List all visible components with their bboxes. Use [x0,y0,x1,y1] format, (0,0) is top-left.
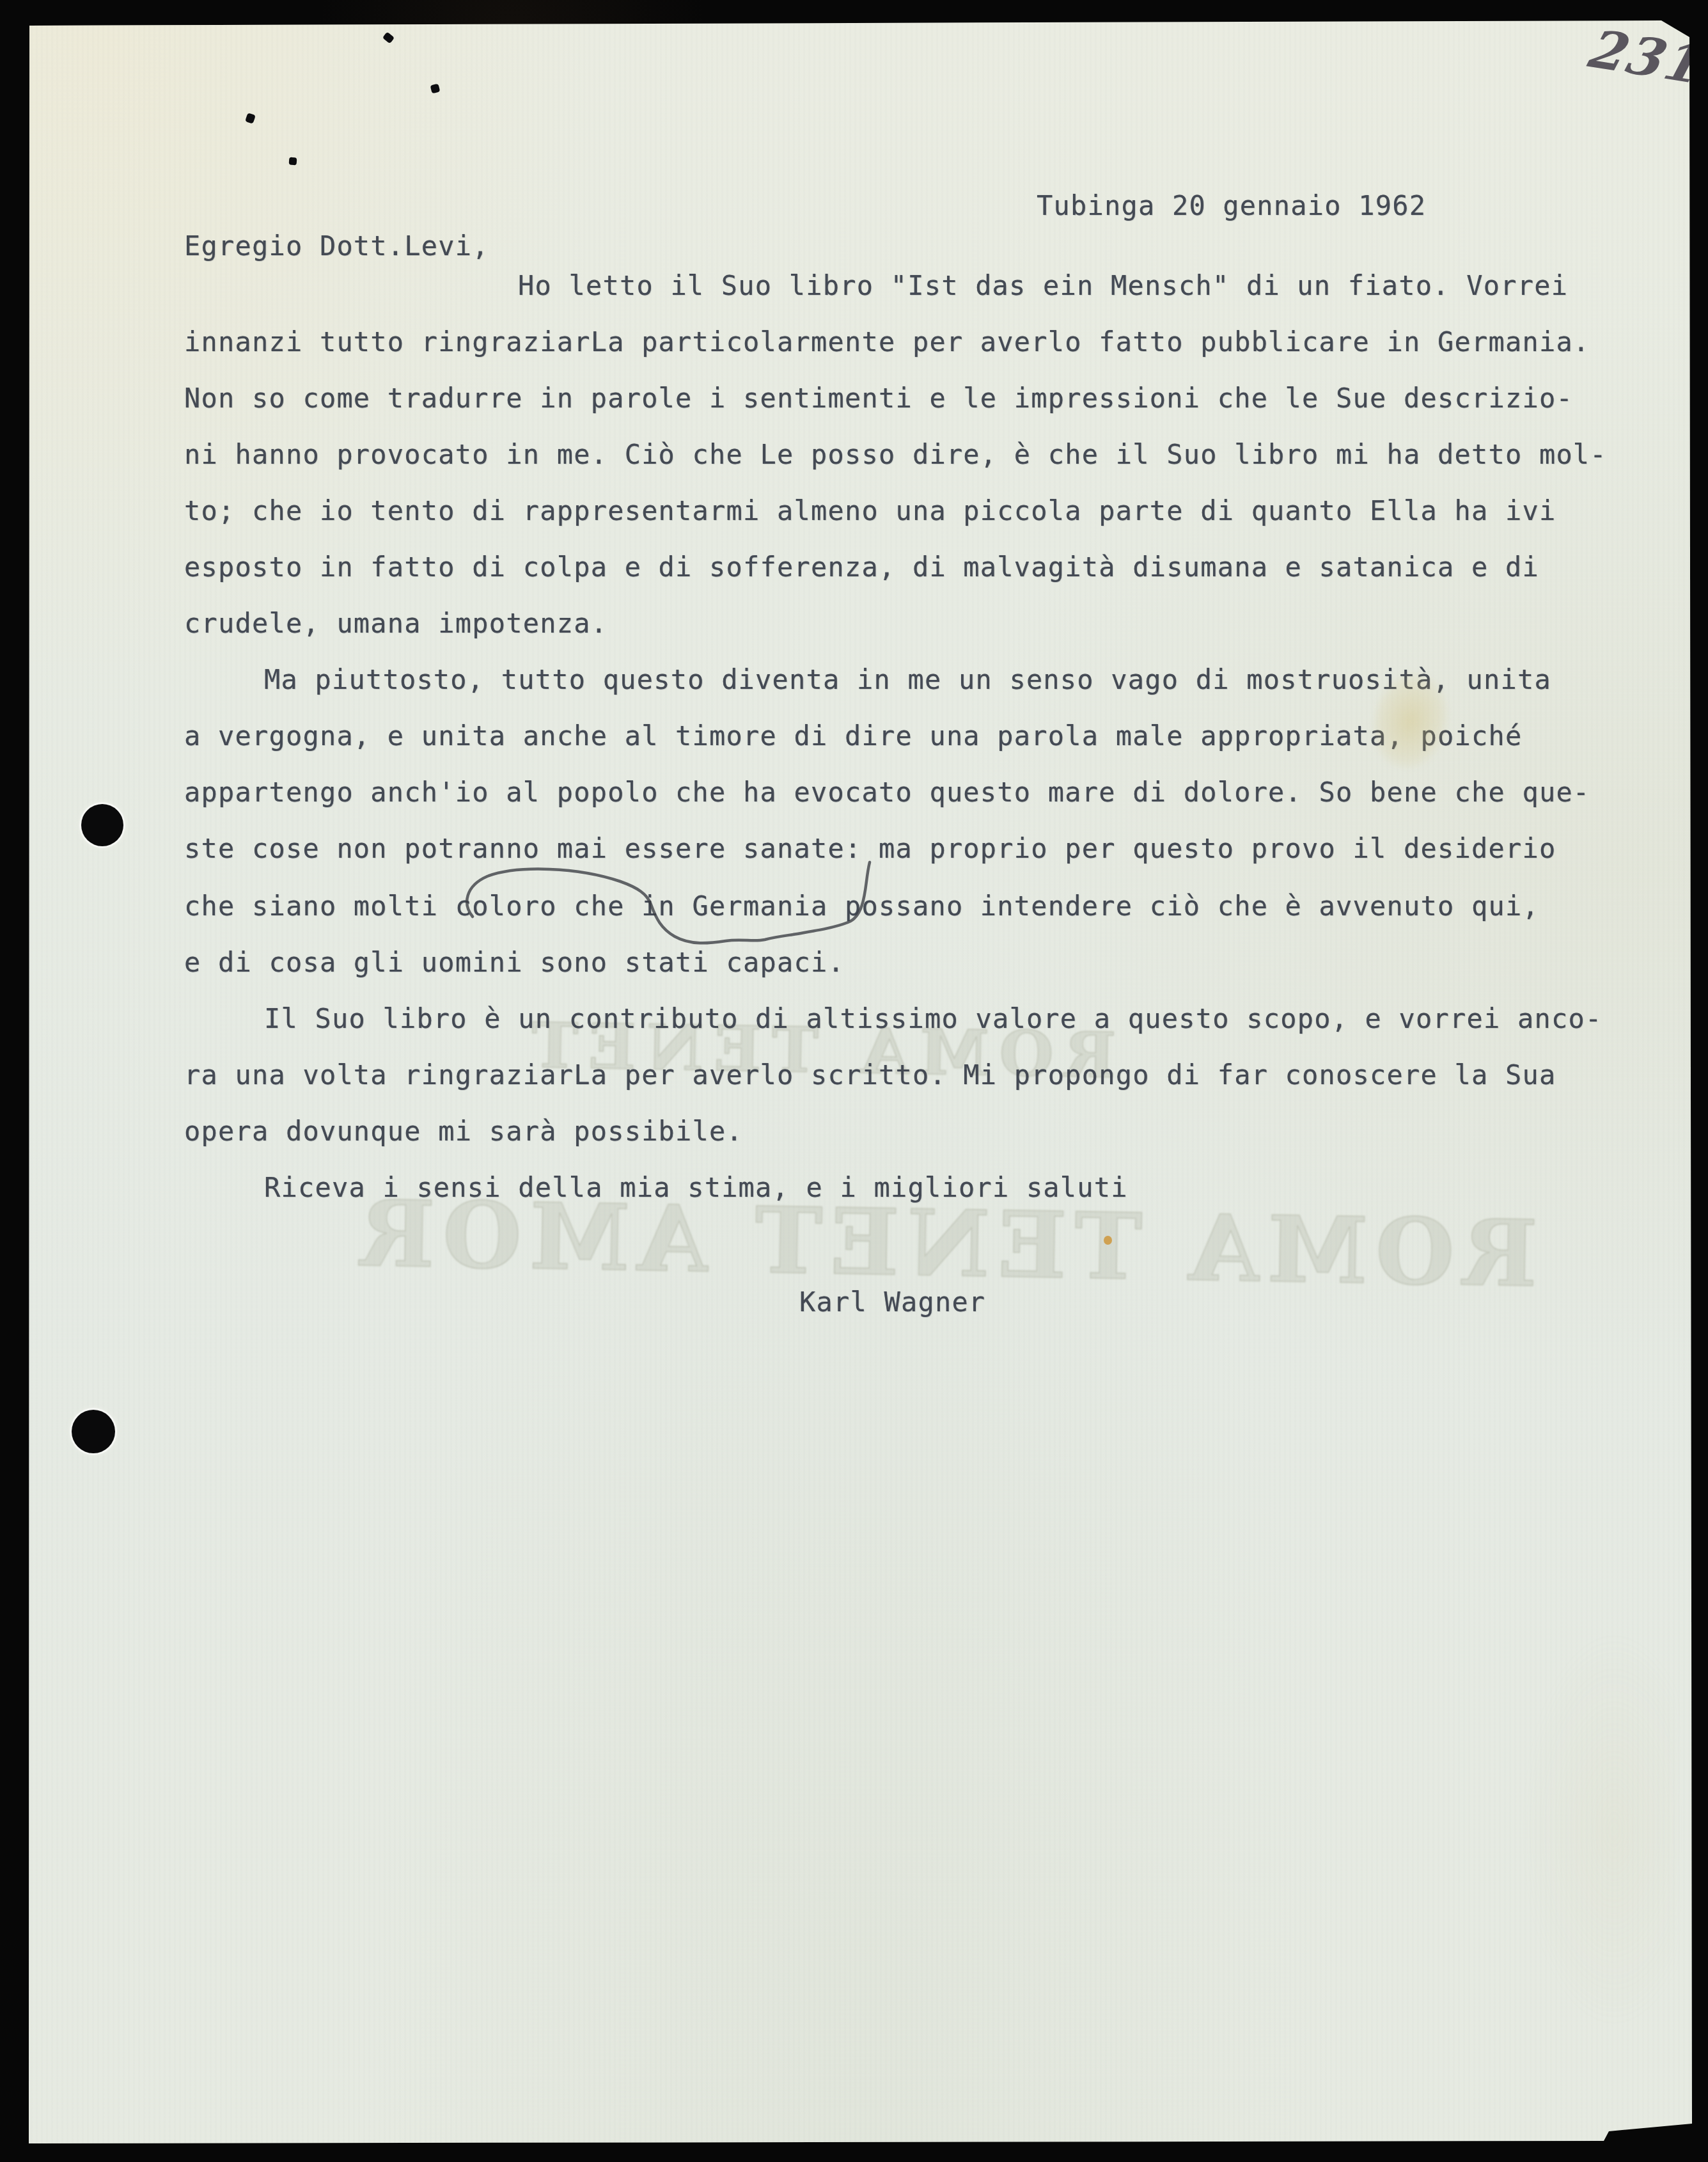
body-line: ni hanno provocato in me. Ciò che Le pos… [184,438,1607,471]
paper-speck [289,157,297,166]
body-line: esposto in fatto di colpa e di sofferenz… [184,551,1539,584]
body-line: crudele, umana impotenza. [184,607,607,640]
scan-background: ROMA TENET ROMA TENET AMOR Tubinga 20 ge… [0,0,1708,2162]
body-line: appartengo anch'io al popolo che ha evoc… [184,776,1590,809]
body-line: e di cosa gli uomini sono stati capaci. [184,946,845,979]
letter-page: ROMA TENET ROMA TENET AMOR Tubinga 20 ge… [0,0,1708,2162]
paper-speck [245,113,256,123]
body-line: che siano molti coloro che in Germania p… [184,890,1539,923]
body-line: ra una volta ringraziarLa per averlo scr… [184,1059,1556,1092]
paper-speck [430,84,441,94]
body-line: Il Suo libro è un contributo di altissim… [264,1002,1602,1036]
body-line: Non so come tradurre in parole i sentime… [184,382,1573,415]
paper-speck [382,32,395,44]
body-line: ste cose non potranno mai essere sanate:… [184,832,1556,865]
punch-hole-top [81,804,123,846]
body-line: Riceva i sensi della mia stima, e i migl… [264,1171,1128,1204]
signature: Karl Wagner [799,1286,985,1319]
salutation: Egregio Dott.Levi, [184,230,489,263]
body-line: Ho letto il Suo libro "Ist das ein Mensc… [518,269,1568,303]
orange-dot-stain [1104,1236,1112,1245]
body-line: opera dovunque mi sarà possibile. [184,1115,743,1148]
body-line: a vergogna, e unita anche al timore di d… [184,720,1522,753]
page-number-handwritten: 231 [1583,19,1708,96]
faint-warm-patch [1522,1631,1675,2028]
punch-hole-bottom [72,1410,115,1453]
body-line: to; che io tento di rappresentarmi almen… [184,494,1556,528]
body-line: innanzi tutto ringraziarLa particolarmen… [184,326,1590,359]
date-line: Tubinga 20 gennaio 1962 [1037,189,1426,223]
body-line: Ma piuttosto, tutto questo diventa in me… [264,663,1551,697]
